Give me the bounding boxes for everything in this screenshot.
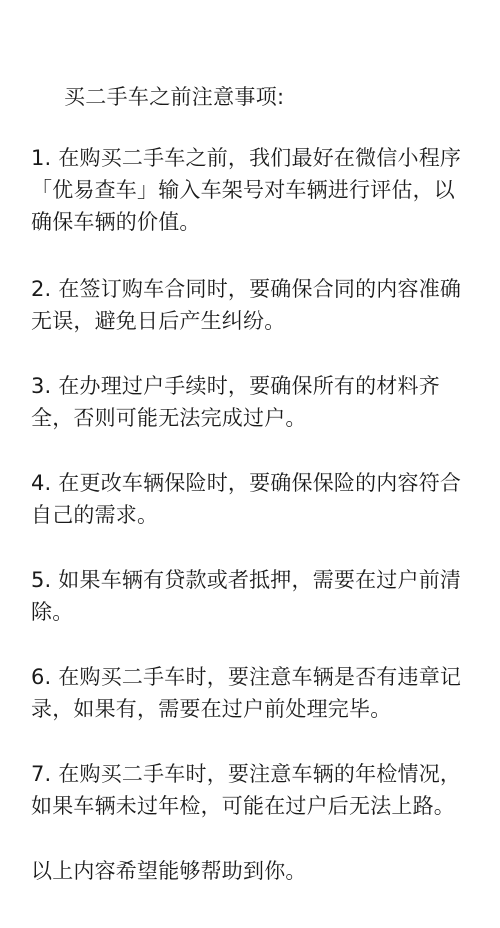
list-item-line: 2. 在签订购车合同时，要确保合同的内容准确 [31,273,471,305]
list-item-4: 4. 在更改车辆保险时，要确保保险的内容符合 自己的需求。 [31,467,471,531]
list-item-line: 4. 在更改车辆保险时，要确保保险的内容符合 [31,467,471,499]
list-item-line: 确保车辆的价值。 [31,206,471,238]
list-item-line: 如果车辆未过年检，可能在过户后无法上路。 [31,790,471,822]
list-item-line: 7. 在购买二手车时，要注意车辆的年检情况， [31,758,471,790]
closing-text: 以上内容希望能够帮助到你。 [31,855,471,887]
list-item-3: 3. 在办理过户手续时，要确保所有的材料齐 全，否则可能无法完成过户。 [31,370,471,434]
list-item-2: 2. 在签订购车合同时，要确保合同的内容准确 无误，避免日后产生纠纷。 [31,273,471,337]
list-item-7: 7. 在购买二手车时，要注意车辆的年检情况， 如果车辆未过年检，可能在过户后无法… [31,758,471,822]
document-title: 买二手车之前注意事项: [64,81,284,113]
list-item-line: 5. 如果车辆有贷款或者抵押，需要在过户前清 [31,564,471,596]
list-item-line: 无误，避免日后产生纠纷。 [31,305,471,337]
list-item-line: 「优易查车」输入车架号对车辆进行评估，以 [31,174,471,206]
closing-line: 以上内容希望能够帮助到你。 [31,855,471,887]
list-item-line: 自己的需求。 [31,499,471,531]
list-item-5: 5. 如果车辆有贷款或者抵押，需要在过户前清 除。 [31,564,471,628]
list-item-line: 录，如果有，需要在过户前处理完毕。 [31,693,471,725]
list-item-1: 1. 在购买二手车之前，我们最好在微信小程序 「优易查车」输入车架号对车辆进行评… [31,142,471,238]
list-item-line: 全，否则可能无法完成过户。 [31,402,471,434]
list-item-line: 1. 在购买二手车之前，我们最好在微信小程序 [31,142,471,174]
list-item-line: 3. 在办理过户手续时，要确保所有的材料齐 [31,370,471,402]
list-item-6: 6. 在购买二手车时，要注意车辆是否有违章记 录，如果有，需要在过户前处理完毕。 [31,661,471,725]
list-item-line: 除。 [31,596,471,628]
list-item-line: 6. 在购买二手车时，要注意车辆是否有违章记 [31,661,471,693]
